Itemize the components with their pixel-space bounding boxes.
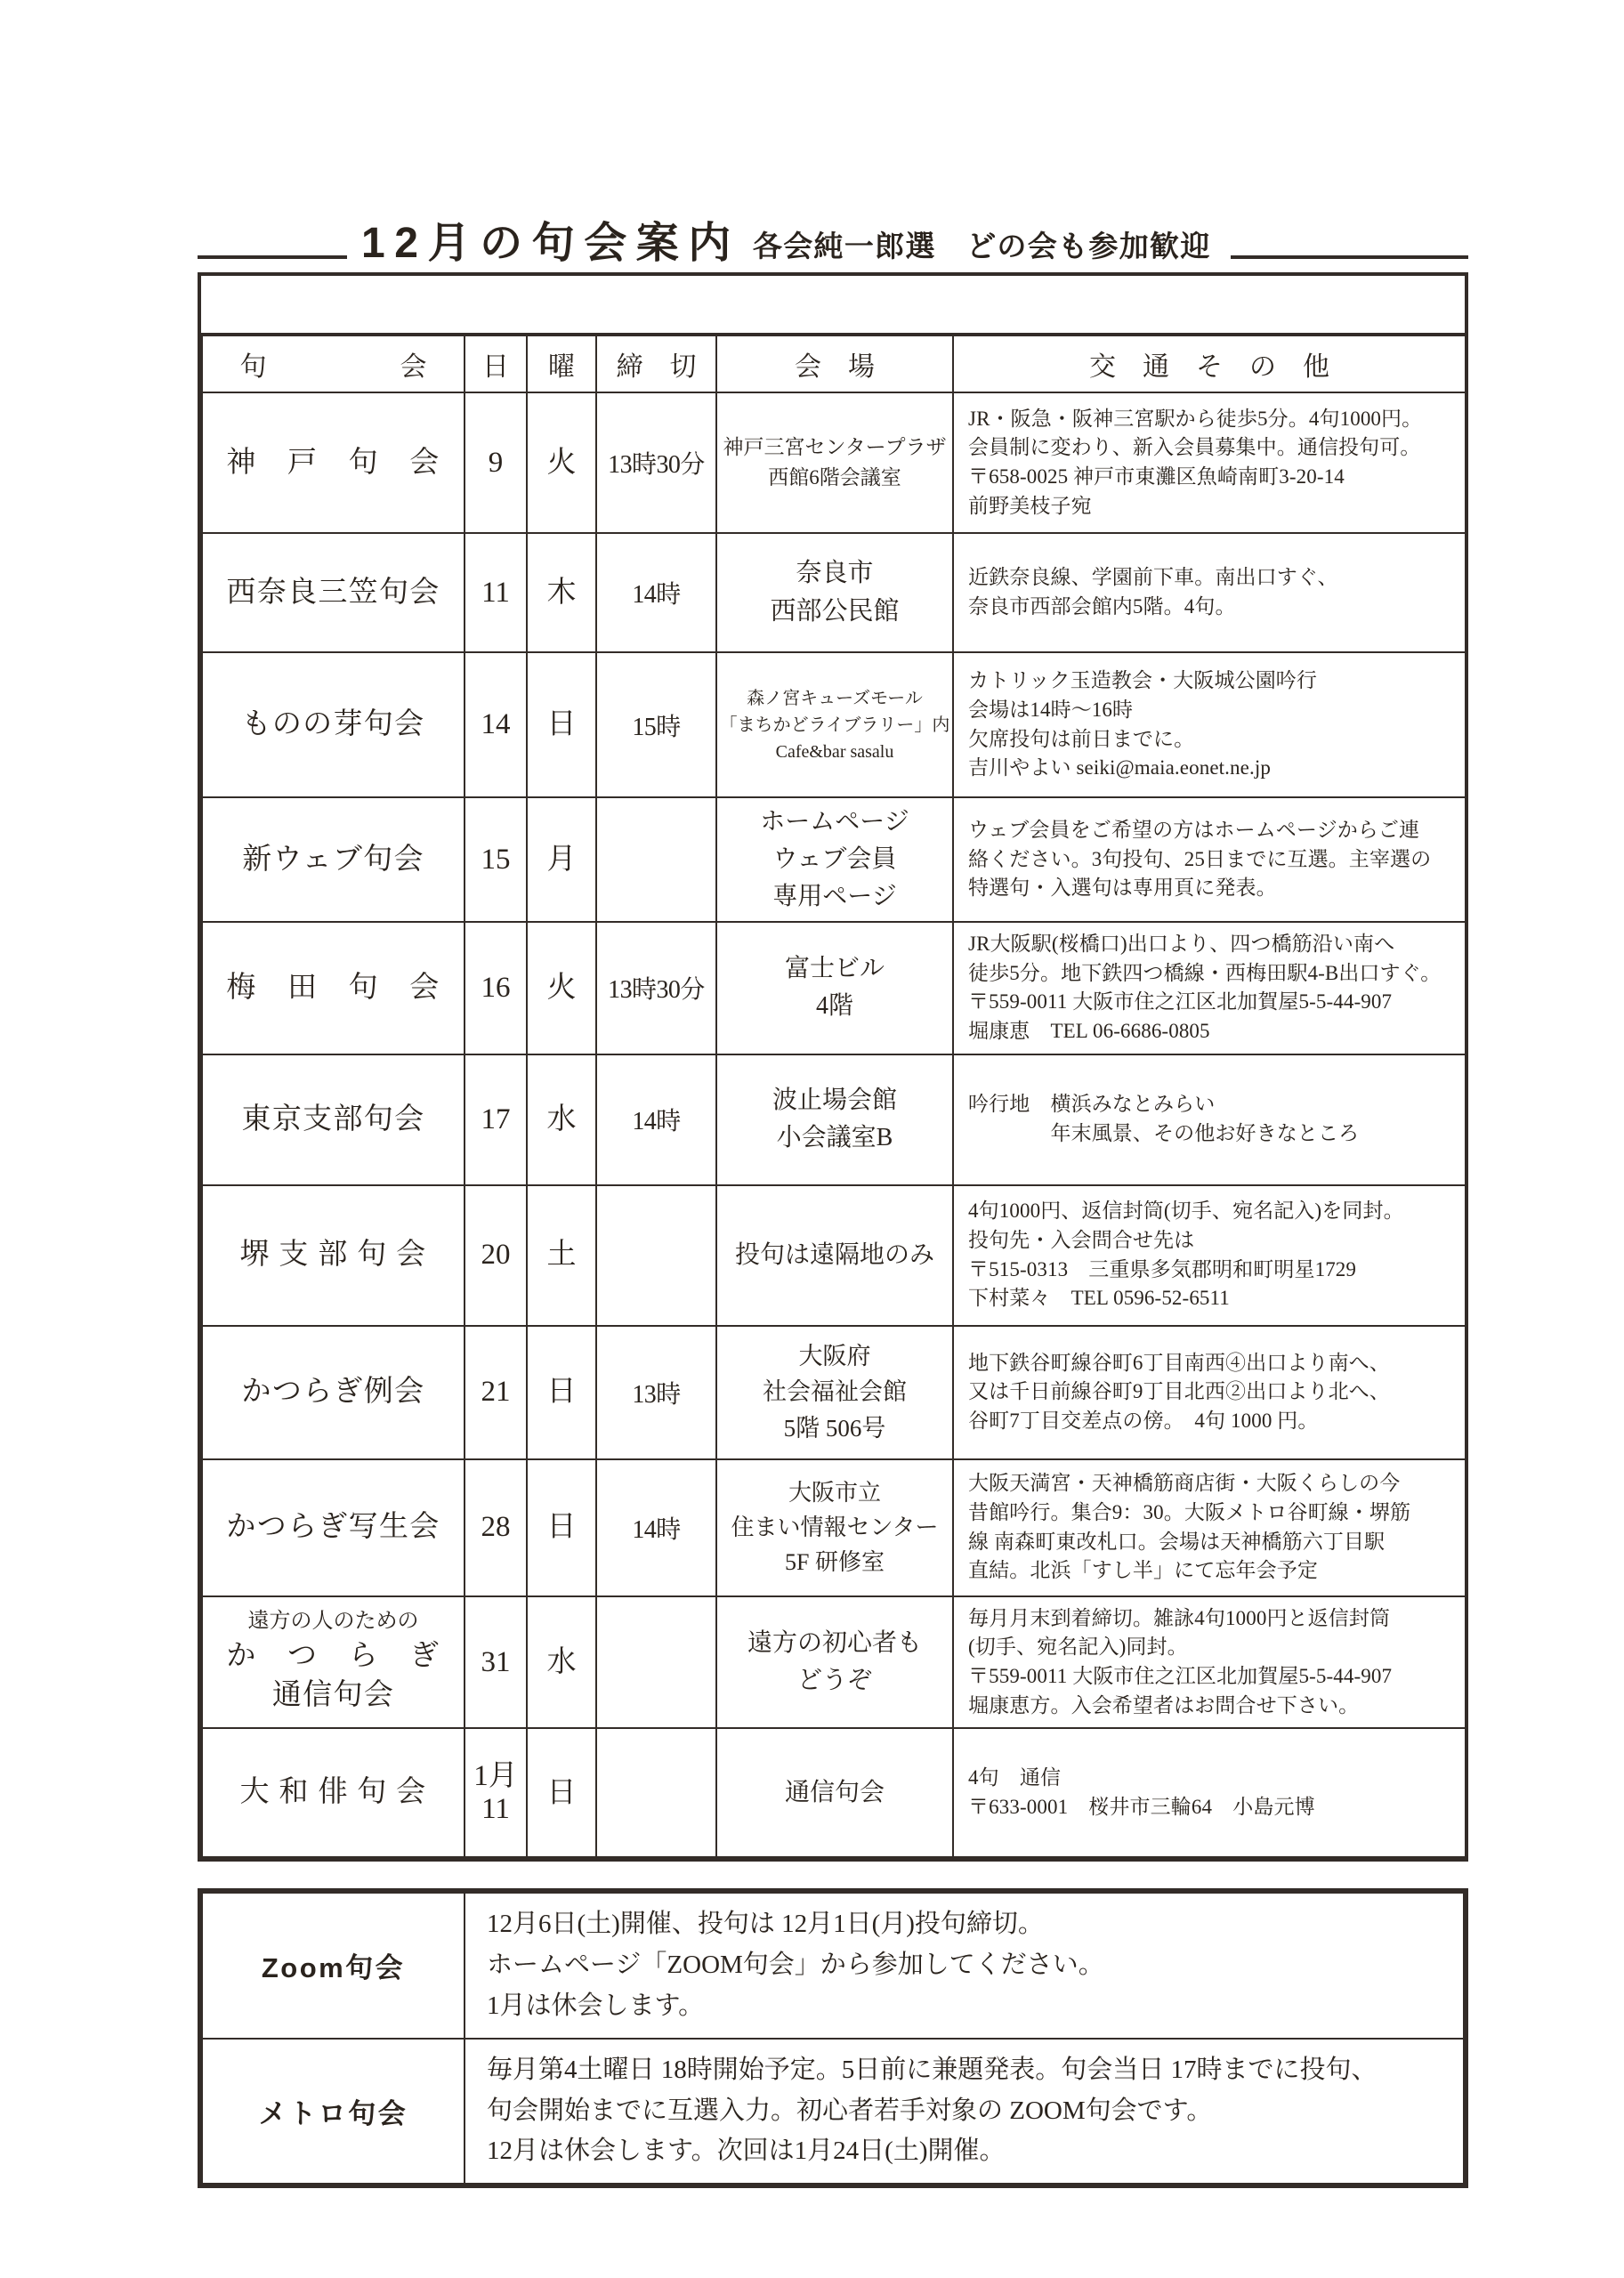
online-table-body: Zoom句会 12月6日(土)開催、投句は 12月1日(月)投句締切。 ホームペ…	[202, 1893, 1464, 2184]
meeting-venue: ホームページ ウェブ会員 専用ページ	[716, 797, 953, 922]
header-deadline: 締 切	[596, 335, 716, 392]
meeting-name: 神 戸 句 会	[226, 447, 440, 479]
meeting-venue: 神戸三宮センタープラザ 西館6階会議室	[716, 392, 953, 533]
meeting-weekday: 土	[527, 1185, 596, 1326]
meeting-venue: 富士ビル 4階	[716, 922, 953, 1054]
meeting-deadline: 14時	[596, 1054, 716, 1185]
meeting-deadline: 14時	[596, 1459, 716, 1596]
table-row: かつらぎ例会 21 日 13時 大阪府 社会福祉会館 5階 506号 地下鉄谷町…	[202, 1326, 1466, 1459]
title-rule-left	[198, 255, 347, 259]
table-row: 遠方の人のためのか つ ら ぎ 通信句会 31 水 遠方の初心者も どうぞ 毎月…	[202, 1596, 1466, 1729]
table-row: 新ウェブ句会 15 月 ホームページ ウェブ会員 専用ページ ウェブ会員をご希望…	[202, 797, 1466, 922]
table-row: 神 戸 句 会 9 火 13時30分 神戸三宮センタープラザ 西館6階会議室 J…	[202, 392, 1466, 533]
meeting-notes: 吟行地 横浜みなとみらい 年末風景、その他お好きなところ	[953, 1054, 1466, 1185]
schedule-document: 12月の句会案内 各会純一郎選 どの会も参加歓迎 句 会 日 曜 締 切	[198, 203, 1468, 2188]
header-venue: 会 場	[716, 335, 953, 392]
header-day: 日	[465, 335, 527, 392]
meeting-name: 大 和 俳 句 会	[240, 1776, 427, 1808]
meeting-name: かつらぎ写生会	[226, 1511, 440, 1543]
meeting-venue: 大阪府 社会福祉会館 5階 506号	[716, 1326, 953, 1459]
meeting-deadline: 15時	[596, 652, 716, 797]
meeting-venue: 大阪市立 住まい情報センター 5F 研修室	[716, 1459, 953, 1596]
meeting-name: 西奈良三笠句会	[226, 577, 440, 609]
online-row: メトロ句会 毎月第4土曜日 18時開始予定。5日前に兼題発表。句会当日 17時ま…	[202, 2039, 1464, 2184]
meeting-table-body: 神 戸 句 会 9 火 13時30分 神戸三宮センタープラザ 西館6階会議室 J…	[202, 392, 1466, 1857]
online-meeting-notes: 12月6日(土)開催、投句は 12月1日(月)投句締切。 ホームページ「ZOOM…	[465, 1893, 1464, 2038]
online-meetings-frame: Zoom句会 12月6日(土)開催、投句は 12月1日(月)投句締切。 ホームペ…	[198, 1888, 1468, 2188]
meeting-notes: JR大阪駅(桜橋口)出口より、四つ橋筋沿い南へ 徒歩5分。地下鉄四つ橋線・西梅田…	[953, 922, 1466, 1054]
online-table: Zoom句会 12月6日(土)開催、投句は 12月1日(月)投句締切。 ホームペ…	[201, 1892, 1465, 2185]
meeting-venue: 森ノ宮キューズモール 「まちかどライブラリー」内 Cafe&bar sasalu	[716, 652, 953, 797]
meeting-notes: 近鉄奈良線、学園前下車。南出口すぐ、 奈良市西部会館内5階。4句。	[953, 533, 1466, 652]
header-meeting: 句 会	[202, 335, 465, 392]
meeting-weekday: 木	[527, 533, 596, 652]
meeting-name: かつらぎ例会	[242, 1376, 425, 1408]
meeting-deadline: 13時30分	[596, 392, 716, 533]
meeting-deadline	[596, 1596, 716, 1729]
meeting-deadline: 14時	[596, 533, 716, 652]
meeting-name: か つ ら ぎ 通信句会	[226, 1640, 440, 1712]
frame-top-band	[201, 276, 1465, 335]
meeting-day: 28	[465, 1459, 527, 1596]
meeting-name-note: 遠方の人のための	[204, 1609, 463, 1635]
meeting-name: ものの芽句会	[242, 708, 425, 740]
meeting-venue: 投句は遠隔地のみ	[716, 1185, 953, 1326]
meeting-notes: 4句 通信 〒633-0001 桜井市三輪64 小島元博	[953, 1728, 1466, 1857]
meeting-day: 16	[465, 922, 527, 1054]
document-page: 12月の句会案内 各会純一郎選 どの会も参加歓迎 句 会 日 曜 締 切	[0, 0, 1624, 2278]
meeting-venue: 波止場会館 小会議室B	[716, 1054, 953, 1185]
meeting-venue: 遠方の初心者も どうぞ	[716, 1596, 953, 1729]
online-meeting-name: メトロ句会	[202, 2039, 465, 2184]
meeting-weekday: 水	[527, 1596, 596, 1729]
meeting-deadline: 13時	[596, 1326, 716, 1459]
page-subtitle: 各会純一郎選 どの会も参加歓迎	[753, 230, 1211, 263]
meeting-weekday: 水	[527, 1054, 596, 1185]
meeting-deadline	[596, 1185, 716, 1326]
meeting-notes: JR・阪急・阪神三宮駅から徒歩5分。4句1000円。 会員制に変わり、新入会員募…	[953, 392, 1466, 533]
title-row: 12月の句会案内 各会純一郎選 どの会も参加歓迎	[198, 203, 1468, 265]
meeting-day: 21	[465, 1326, 527, 1459]
meeting-day: 15	[465, 797, 527, 922]
meeting-name: 梅 田 句 会	[226, 972, 440, 1004]
meeting-notes: カトリック玉造教会・大阪城公園吟行 会場は14時〜16時 欠席投句は前日までに。…	[953, 652, 1466, 797]
meeting-name: 堺 支 部 句 会	[240, 1239, 427, 1271]
meeting-day: 9	[465, 392, 527, 533]
meeting-weekday: 日	[527, 1728, 596, 1857]
meeting-notes: 大阪天満宮・天神橋筋商店街・大阪くらしの今 昔館吟行。集合9：30。大阪メトロ谷…	[953, 1459, 1466, 1596]
table-row: ものの芽句会 14 日 15時 森ノ宮キューズモール 「まちかどライブラリー」内…	[202, 652, 1466, 797]
meeting-weekday: 日	[527, 1326, 596, 1459]
title-rule-right	[1231, 255, 1468, 259]
meeting-notes: 地下鉄谷町線谷町6丁目南西④出口より南へ、 又は千日前線谷町9丁目北西②出口より…	[953, 1326, 1466, 1459]
table-row: かつらぎ写生会 28 日 14時 大阪市立 住まい情報センター 5F 研修室 大…	[202, 1459, 1466, 1596]
meeting-weekday: 火	[527, 392, 596, 533]
meeting-table: 句 会 日 曜 締 切 会 場 交 通 そ の 他 神 戸 句 会 9 火 13…	[201, 335, 1466, 1858]
meeting-day: 31	[465, 1596, 527, 1729]
header-access: 交 通 そ の 他	[953, 335, 1466, 392]
online-row: Zoom句会 12月6日(土)開催、投句は 12月1日(月)投句締切。 ホームペ…	[202, 1893, 1464, 2038]
meeting-name: 新ウェブ句会	[242, 844, 424, 876]
meeting-day: 1月 11	[465, 1728, 527, 1857]
header-weekday: 曜	[527, 335, 596, 392]
meeting-notes: ウェブ会員をご希望の方はホームページからご連 絡ください。3句投句、25日までに…	[953, 797, 1466, 922]
meeting-day: 11	[465, 533, 527, 652]
meeting-venue: 通信句会	[716, 1728, 953, 1857]
meeting-deadline	[596, 797, 716, 922]
meeting-name: 東京支部句会	[242, 1103, 425, 1135]
table-row: 西奈良三笠句会 11 木 14時 奈良市 西部公民館 近鉄奈良線、学園前下車。南…	[202, 533, 1466, 652]
schedule-frame: 句 会 日 曜 締 切 会 場 交 通 そ の 他 神 戸 句 会 9 火 13…	[198, 272, 1468, 1862]
meeting-deadline	[596, 1728, 716, 1857]
table-row: 梅 田 句 会 16 火 13時30分 富士ビル 4階 JR大阪駅(桜橋口)出口…	[202, 922, 1466, 1054]
online-meeting-notes: 毎月第4土曜日 18時開始予定。5日前に兼題発表。句会当日 17時までに投句、 …	[465, 2039, 1464, 2184]
header-row: 句 会 日 曜 締 切 会 場 交 通 そ の 他	[202, 335, 1466, 392]
meeting-notes: 4句1000円、返信封筒(切手、宛名記入)を同封。 投句先・入会問合せ先は 〒5…	[953, 1185, 1466, 1326]
meeting-notes: 毎月月末到着締切。雑詠4句1000円と返信封筒 (切手、宛名記入)同封。 〒55…	[953, 1596, 1466, 1729]
online-meeting-name: Zoom句会	[202, 1893, 465, 2038]
meeting-venue: 奈良市 西部公民館	[716, 533, 953, 652]
meeting-weekday: 火	[527, 922, 596, 1054]
table-row: 東京支部句会 17 水 14時 波止場会館 小会議室B 吟行地 横浜みなとみらい…	[202, 1054, 1466, 1185]
meeting-day: 20	[465, 1185, 527, 1326]
meeting-weekday: 日	[527, 652, 596, 797]
table-row: 堺 支 部 句 会 20 土 投句は遠隔地のみ 4句1000円、返信封筒(切手、…	[202, 1185, 1466, 1326]
meeting-weekday: 日	[527, 1459, 596, 1596]
meeting-weekday: 月	[527, 797, 596, 922]
meeting-day: 14	[465, 652, 527, 797]
page-title: 12月の句会案内	[361, 222, 740, 265]
table-row: 大 和 俳 句 会 1月 11 日 通信句会 4句 通信 〒633-0001 桜…	[202, 1728, 1466, 1857]
meeting-deadline: 13時30分	[596, 922, 716, 1054]
meeting-day: 17	[465, 1054, 527, 1185]
